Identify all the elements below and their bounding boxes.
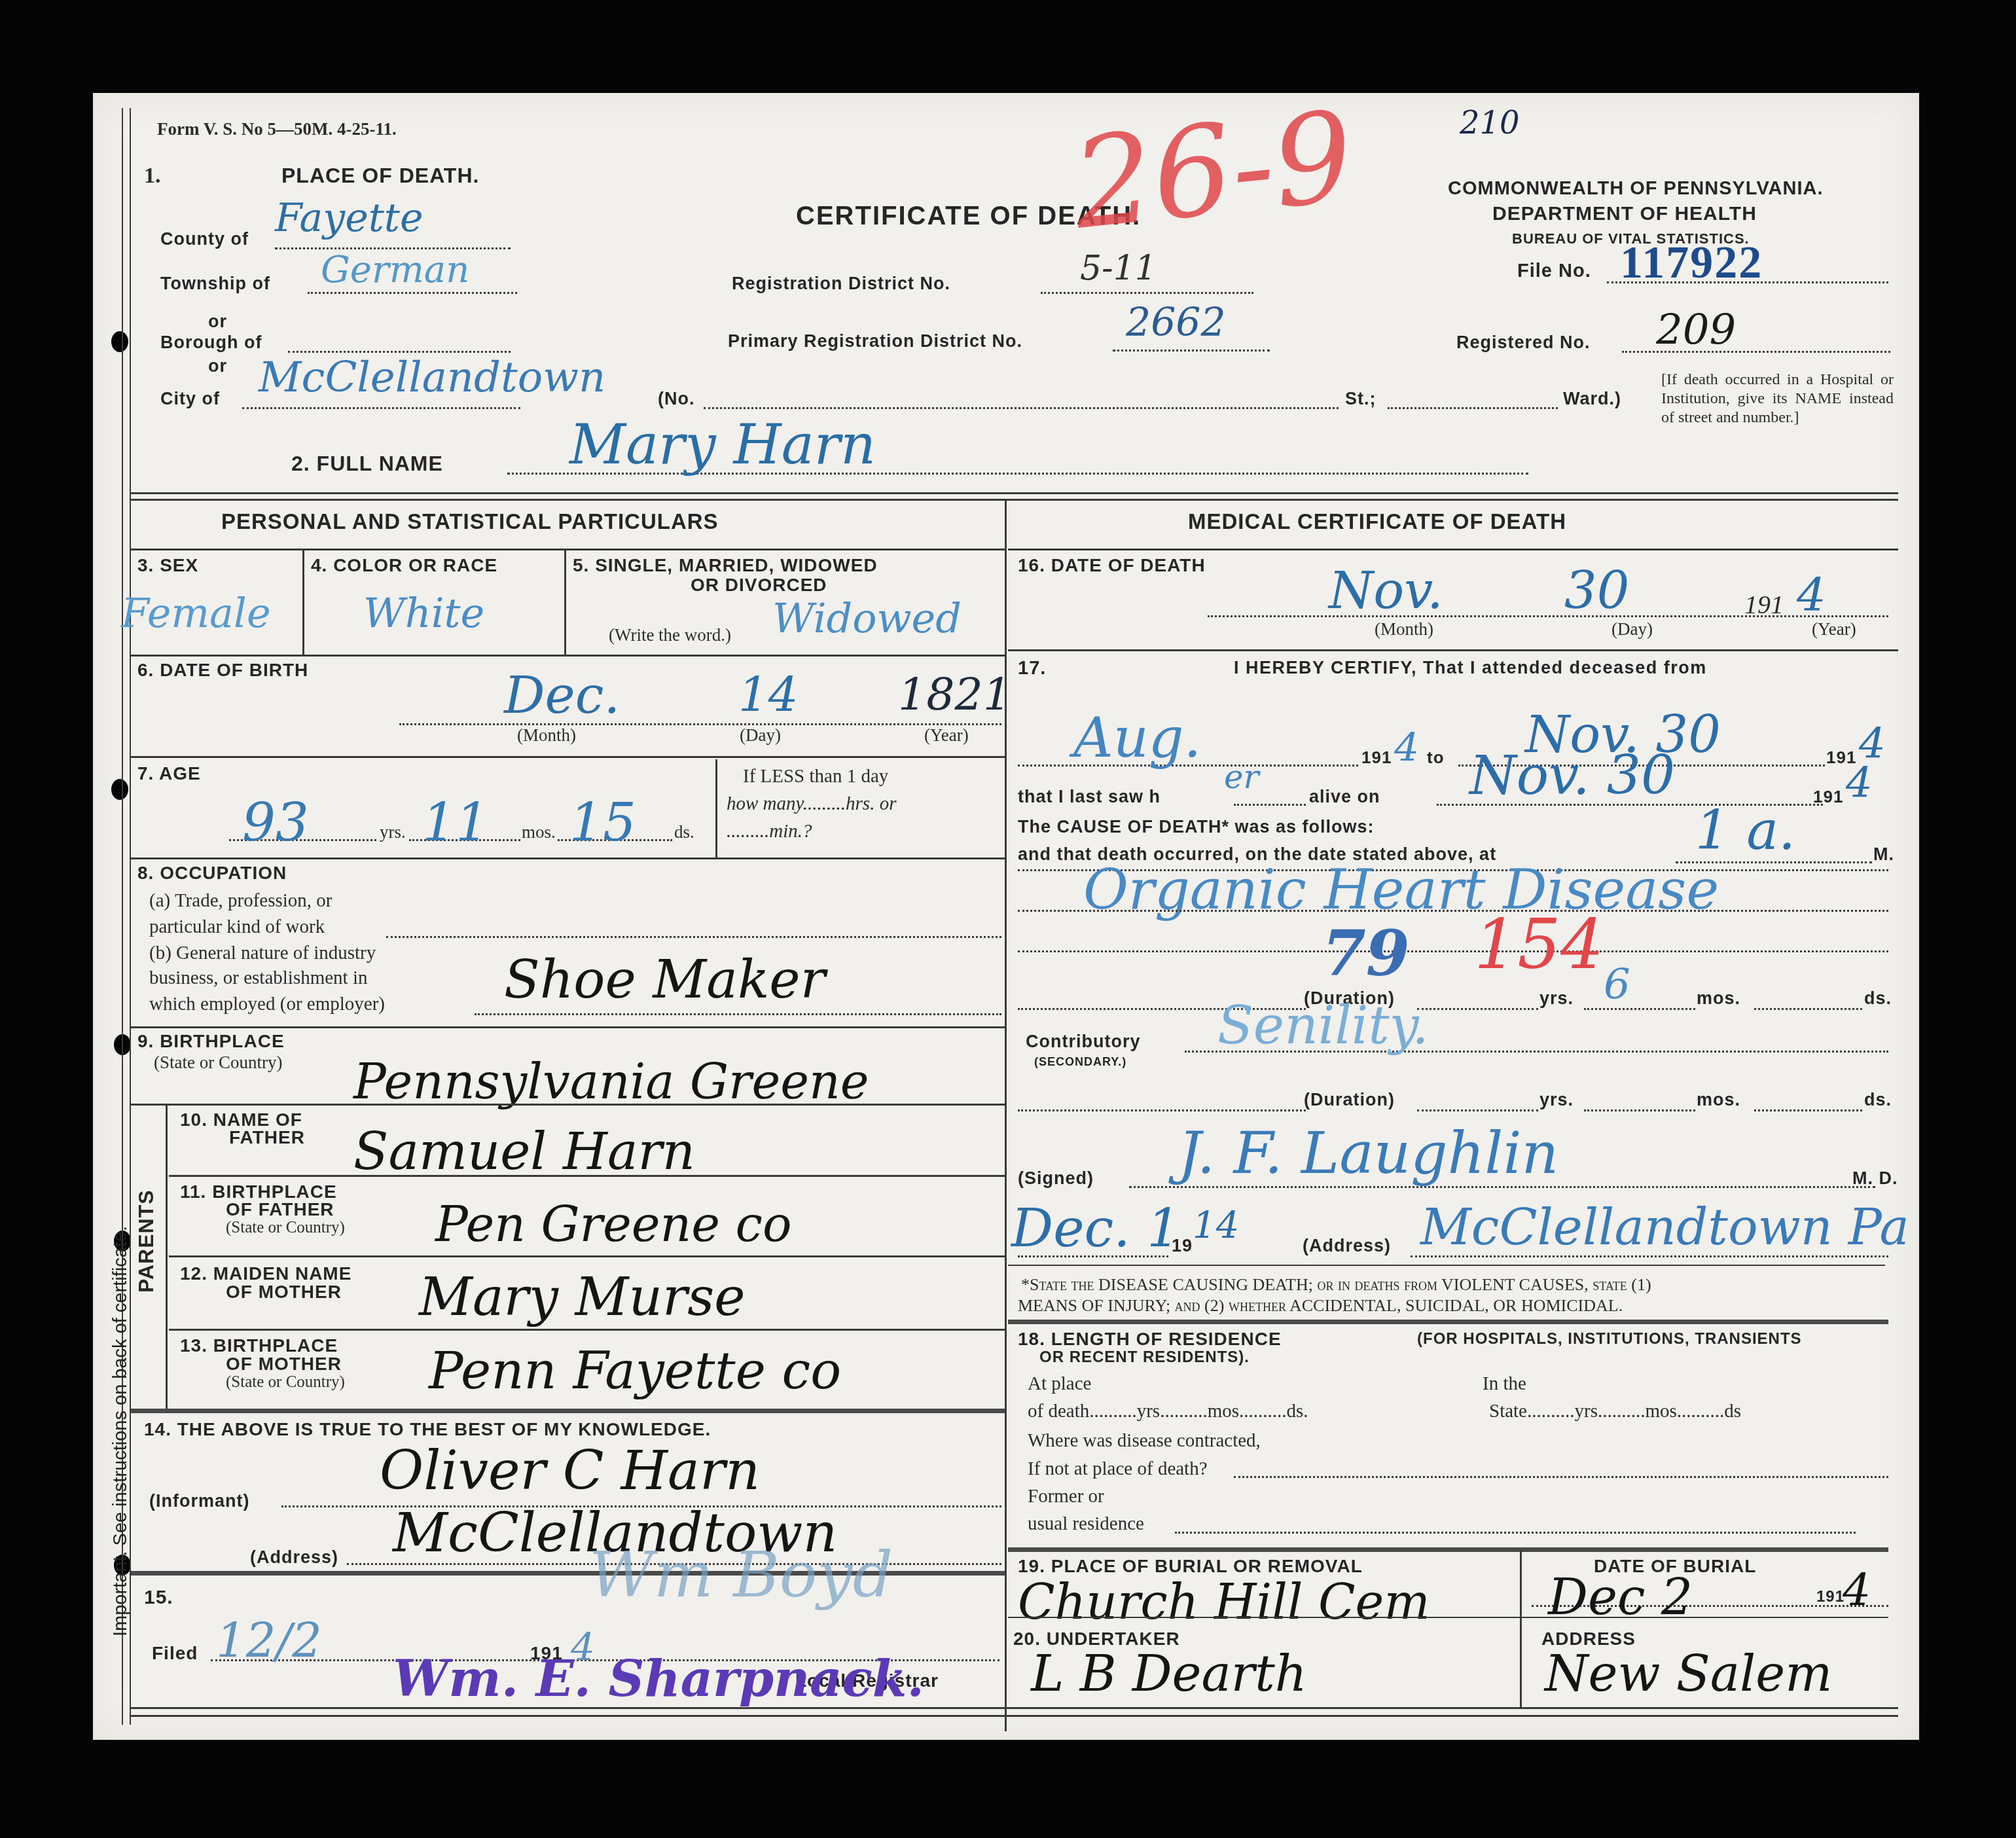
burial-year-suffix[interactable]: 4 xyxy=(1843,1564,1871,1616)
former-residence-line-1: Former or xyxy=(1028,1486,1104,1507)
at-place-line-2: of death..........yrs..........mos......… xyxy=(1028,1401,1308,1422)
township-label: Township of xyxy=(160,274,270,294)
last-saw-date[interactable]: Nov. 30 xyxy=(1469,745,1675,807)
date-of-death-label: 16. DATE OF DEATH xyxy=(1018,555,1206,576)
street-number-label: (No. xyxy=(658,389,694,409)
file-number-value[interactable]: 117922 xyxy=(1620,237,1763,289)
form-number: Form V. S. No 5—50M. 4-25-11. xyxy=(157,119,397,139)
signed-year-suffix[interactable]: 14 xyxy=(1193,1204,1239,1247)
divider xyxy=(131,499,1898,501)
informant-value[interactable]: Oliver C Harn xyxy=(380,1440,760,1502)
father-label-2: FATHER xyxy=(229,1127,305,1148)
birthplace-value[interactable]: Pennsylvania Greene xyxy=(353,1054,869,1110)
township-value[interactable]: German xyxy=(321,249,469,291)
marital-label: 5. SINGLE, MARRIED, WIDOWED xyxy=(573,555,878,576)
binder-hole xyxy=(111,331,128,352)
occupation-label: 8. OCCUPATION xyxy=(137,863,287,884)
date-of-death-day[interactable]: 30 xyxy=(1564,562,1629,621)
certification-number: 17. xyxy=(1018,658,1046,679)
section-number: 1. xyxy=(144,164,161,189)
blue-cause-code: 79 xyxy=(1322,916,1410,990)
year-caption: (Year) xyxy=(924,725,969,746)
race-value[interactable]: White xyxy=(363,589,484,637)
in-state-line-2: State..........yrs..........mos.........… xyxy=(1489,1401,1741,1422)
pencil-annotation: 210 xyxy=(1460,105,1520,141)
informant-label: (Informant) xyxy=(149,1491,249,1511)
borough-label: Borough of xyxy=(160,333,262,353)
attended-from[interactable]: Aug. xyxy=(1073,706,1201,770)
or-label: or xyxy=(208,356,227,376)
last-saw-label: that I last saw h xyxy=(1018,787,1161,807)
duration-ds-unit: ds. xyxy=(1864,988,1892,1009)
contributory-label: Contributory xyxy=(1026,1032,1140,1052)
primary-district-label: Primary Registration District No. xyxy=(728,331,1022,351)
occupation-value[interactable]: Shoe Maker xyxy=(504,949,825,1010)
filed-section-number: 15. xyxy=(144,1587,173,1609)
cause-intro: The CAUSE OF DEATH* was as follows: xyxy=(1018,817,1375,837)
less-than-day-1: If LESS than 1 day xyxy=(743,766,888,787)
date-of-death-month[interactable]: Nov. xyxy=(1329,562,1443,621)
county-value[interactable]: Fayette xyxy=(275,195,423,241)
issuer-line-1: COMMONWEALTH OF PENNSYLVANIA. xyxy=(1448,178,1824,200)
registered-number-label: Registered No. xyxy=(1456,333,1591,353)
marital-label-2: OR DIVORCED xyxy=(691,575,827,596)
parents-bracket xyxy=(166,1105,168,1409)
occupation-a-line2: particular kind of work xyxy=(149,916,325,938)
mos-unit: mos. xyxy=(522,822,556,842)
parents-label: PARENTS xyxy=(134,1189,158,1293)
month-caption: (Month) xyxy=(517,725,576,746)
or-label: or xyxy=(208,312,227,332)
sex-label: 3. SEX xyxy=(137,555,198,576)
mother-value[interactable]: Mary Murse xyxy=(419,1267,746,1327)
father-birthplace-sub: (State or Country) xyxy=(226,1219,345,1237)
filed-date[interactable]: 12/2 xyxy=(216,1613,322,1668)
dob-label: 6. DATE OF BIRTH xyxy=(137,660,308,681)
burial-year-prefix: 191 xyxy=(1816,1588,1845,1606)
last-saw-year-suffix[interactable]: 4 xyxy=(1846,759,1873,808)
personal-heading: PERSONAL AND STATISTICAL PARTICULARS xyxy=(221,509,719,534)
physician-address-label: (Address) xyxy=(1303,1236,1391,1256)
occupation-b-line2: business, or establishment in xyxy=(149,967,367,989)
footnote-line-2: MEANS OF INJURY; and (2) whether ACCIDEN… xyxy=(1018,1296,1623,1316)
contributory-sub: (SECONDARY.) xyxy=(1034,1055,1126,1069)
certification-text: I HEREBY CERTIFY, That I attended deceas… xyxy=(1234,658,1707,678)
time-of-death-value[interactable]: 1 a. xyxy=(1695,800,1795,862)
mother-birthplace-value[interactable]: Penn Fayette co xyxy=(429,1342,841,1401)
attended-from-year-prefix: 191 xyxy=(1361,748,1392,768)
father-value[interactable]: Samuel Harn xyxy=(353,1123,695,1181)
registrar-stamp-signature: Wm. E. Sharpnack. xyxy=(393,1649,924,1708)
medical-heading: MEDICAL CERTIFICATE OF DEATH xyxy=(1188,509,1566,534)
red-cause-code: 154 xyxy=(1474,905,1604,984)
dod-year-caption: (Year) xyxy=(1812,619,1856,640)
full-name-value[interactable]: Mary Harn xyxy=(569,412,876,477)
registrar-pencil-signature: Wm Boyd xyxy=(589,1538,893,1612)
mother-birthplace-sub: (State or Country) xyxy=(226,1373,345,1392)
ward-label: Ward.) xyxy=(1563,389,1621,409)
physician-signature[interactable]: J. F. Laughlin xyxy=(1178,1119,1558,1187)
filed-label: Filed xyxy=(152,1643,198,1664)
cause-of-death-value[interactable]: Organic Heart Disease xyxy=(1083,857,1719,922)
street-label: St.; xyxy=(1345,389,1377,409)
residence-label: 18. LENGTH OF RESIDENCE xyxy=(1018,1329,1282,1350)
primary-district-value[interactable]: 2662 xyxy=(1126,300,1226,346)
duration-months[interactable]: 6 xyxy=(1604,961,1630,1009)
dod-day-caption: (Day) xyxy=(1611,619,1653,640)
divider xyxy=(131,492,1898,494)
signed-label: (Signed) xyxy=(1018,1168,1094,1189)
dob-year[interactable]: 1821 xyxy=(898,669,1011,721)
dob-month[interactable]: Dec. xyxy=(504,666,620,725)
place-of-death-heading: PLACE OF DEATH. xyxy=(281,164,479,188)
issuer-line-2: DEPARTMENT OF HEALTH xyxy=(1492,203,1757,225)
residence-note-1: (FOR HOSPITALS, INSTITUTIONS, TRANSIENTS xyxy=(1417,1330,1802,1348)
alive-on-label: alive on xyxy=(1309,787,1380,807)
file-number-label: File No. xyxy=(1517,261,1591,282)
md-label: M. D. xyxy=(1852,1168,1898,1189)
duration-yrs-unit-2: yrs. xyxy=(1539,1090,1574,1110)
birthplace-label: 9. BIRTHPLACE xyxy=(137,1031,285,1052)
duration-yrs-unit: yrs. xyxy=(1539,988,1574,1009)
mother-label-2: OF MOTHER xyxy=(226,1282,342,1303)
occupation-a-line1: (a) Trade, profession, or xyxy=(149,890,332,912)
ds-unit: ds. xyxy=(674,822,694,842)
yrs-unit: yrs. xyxy=(380,822,406,842)
at-place-line-1: At place xyxy=(1028,1373,1091,1395)
duration-mos-unit: mos. xyxy=(1697,988,1740,1009)
sex-value[interactable]: Female xyxy=(121,589,271,637)
to-label: to xyxy=(1427,748,1445,768)
hospital-note: [If death occurred in a Hospital or Inst… xyxy=(1661,370,1894,427)
birthplace-sub: (State or Country) xyxy=(154,1053,282,1073)
signed-date[interactable]: Dec. 1 xyxy=(1011,1198,1180,1259)
race-label: 4. COLOR OR RACE xyxy=(311,555,497,576)
last-saw-year-prefix: 191 xyxy=(1813,787,1843,807)
marital-value[interactable]: Widowed xyxy=(772,594,962,642)
undertaker-value[interactable]: L B Dearth xyxy=(1031,1644,1307,1703)
footnote-line-1: *State the DISEASE CAUSING DEATH; or in … xyxy=(1021,1275,1651,1295)
contributory-value[interactable]: Senility. xyxy=(1217,995,1429,1056)
less-than-day-2: how many.........hrs. or xyxy=(727,793,896,815)
age-label: 7. AGE xyxy=(137,763,201,784)
duration-label-2: (Duration) xyxy=(1304,1090,1395,1110)
attestation-label: 14. THE ABOVE IS TRUE TO THE BEST OF MY … xyxy=(144,1419,711,1440)
dod-month-caption: (Month) xyxy=(1375,619,1433,640)
age-months[interactable]: 11 xyxy=(422,792,489,853)
burial-place-value[interactable]: Church Hill Cem xyxy=(1018,1574,1430,1631)
occupation-b-line3: which employed (or employer) xyxy=(149,994,385,1015)
last-saw-pronoun[interactable]: er xyxy=(1224,758,1259,796)
registration-district-label: Registration District No. xyxy=(732,274,950,294)
in-state-line-1: In the xyxy=(1483,1373,1526,1395)
residence-note-2: OR RECENT RESIDENTS). xyxy=(1039,1348,1250,1367)
date-of-death-year-suffix[interactable]: 4 xyxy=(1797,568,1826,622)
city-value[interactable]: McClellandtown xyxy=(259,353,605,402)
registration-district-value[interactable]: 5-11 xyxy=(1080,249,1157,288)
contracted-line-2: If not at place of death? xyxy=(1028,1458,1208,1480)
dob-day[interactable]: 14 xyxy=(738,668,799,723)
age-days[interactable]: 15 xyxy=(569,792,636,853)
occupation-b-line1: (b) General nature of industry xyxy=(149,943,376,964)
binder-hole xyxy=(111,779,128,800)
time-suffix: M. xyxy=(1873,844,1894,865)
father-birthplace-label-2: OF FATHER xyxy=(226,1199,334,1220)
age-years[interactable]: 93 xyxy=(242,792,309,853)
city-label: City of xyxy=(160,389,220,409)
physician-address-value[interactable]: McClellandtown Pa xyxy=(1420,1198,1909,1256)
red-crayon-annotation: 26-9 xyxy=(1067,84,1360,257)
attended-from-year-suffix[interactable]: 4 xyxy=(1394,725,1419,771)
undertaker-address-value[interactable]: New Salem xyxy=(1545,1644,1832,1703)
informant-address-label: (Address) xyxy=(250,1547,338,1568)
former-residence-line-2: usual residence xyxy=(1028,1513,1144,1535)
father-birthplace-value[interactable]: Pen Greene co xyxy=(435,1197,792,1253)
marital-hint: (Write the word.) xyxy=(609,625,731,645)
registered-number-value[interactable]: 209 xyxy=(1656,306,1736,355)
full-name-label: 2. FULL NAME xyxy=(291,452,443,476)
date-of-death-year-prefix: 191 xyxy=(1744,589,1784,620)
signed-year-prefix: 19 xyxy=(1172,1236,1193,1256)
mother-birthplace-label-2: OF MOTHER xyxy=(226,1354,342,1375)
contracted-line-1: Where was disease contracted, xyxy=(1028,1430,1261,1452)
less-than-day-3: .........min.? xyxy=(727,821,812,842)
duration-ds-unit-2: ds. xyxy=(1864,1090,1892,1110)
duration-mos-unit-2: mos. xyxy=(1697,1090,1740,1110)
county-label: County of xyxy=(160,229,249,249)
day-caption: (Day) xyxy=(740,725,781,746)
margin-instructions: Important. See instructions on back of c… xyxy=(110,1226,132,1636)
